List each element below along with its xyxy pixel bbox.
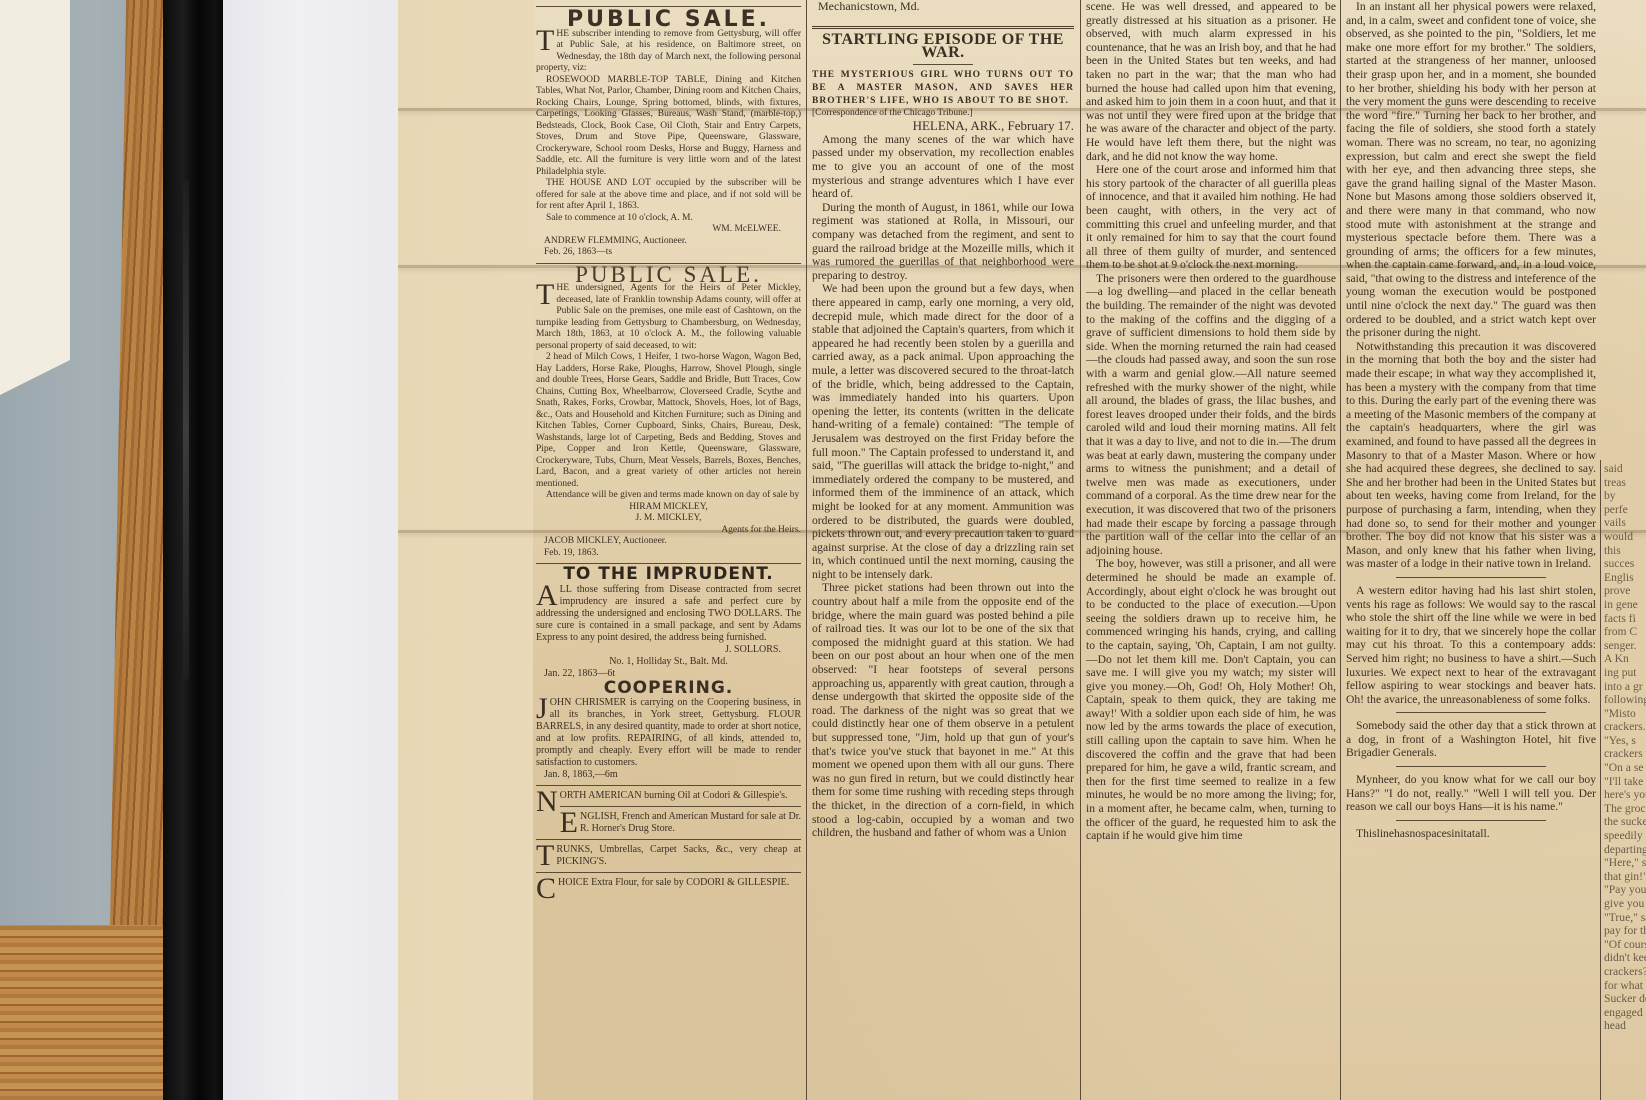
fragment-line: "Here," sa: [1604, 856, 1646, 870]
fragment-line: speedily dra: [1604, 829, 1646, 843]
ad-north-american-oil: NORTH AMERICAN burning Oil at Codori & G…: [536, 790, 801, 802]
fragment-line: succes: [1604, 557, 1646, 571]
fragment-line: by: [1604, 489, 1646, 503]
fragment-line: crackers? You: [1604, 965, 1646, 979]
article-paragraph: Among the many scenes of the war which h…: [812, 133, 1074, 201]
article-paragraph: We had been upon the ground but a few da…: [812, 282, 1074, 581]
sale1-house: THE HOUSE AND LOT occupied by the subscr…: [536, 178, 801, 213]
sale2-agent2: J. M. MICKLEY,: [536, 513, 801, 525]
sale2-body: THE undersigned, Agents for the Heirs of…: [536, 283, 801, 352]
black-frame-edge: [163, 0, 228, 1100]
ad-mustard: ENGLISH, French and American Mustard for…: [536, 811, 801, 835]
fragment-line: engaged in the: [1604, 1006, 1646, 1020]
ad-trunks: TRUNKS, Umbrellas, Carpet Sacks, &c., ve…: [536, 844, 801, 868]
article-paragraph: The prisoners were then ordered to the g…: [1086, 272, 1336, 557]
fragment-line: didn't keep the: [1604, 951, 1646, 965]
fragment-line: ing put: [1604, 666, 1646, 680]
fragment-line: senger.: [1604, 639, 1646, 653]
dateline-mechanicstown: Mechanicstown, Md.: [812, 0, 1074, 14]
framed-newspaper-photo: PUBLIC SALE. THE subscriber intending to…: [0, 0, 1646, 1100]
sale2-attendance: Attendance will be given and terms made …: [536, 490, 801, 502]
heading-coopering: COOPERING.: [536, 682, 801, 696]
fragment-line: pay for the crac: [1604, 924, 1646, 938]
article-paragraph: Here one of the court arose and informed…: [1086, 163, 1336, 272]
fragment-line: "I'll take fo: [1604, 775, 1646, 789]
column-article-conclusion: In an instant all her physical powers we…: [1346, 0, 1596, 840]
fragment-line: would: [1604, 530, 1646, 544]
heading-to-the-imprudent: TO THE IMPRUDENT.: [536, 568, 801, 582]
heading-public-sale-2: PUBLIC SALE.: [536, 268, 801, 282]
miscellany-item-no-spaces: Thislinehasnospacesinitatall.: [1346, 827, 1596, 841]
fragment-line: facts fi: [1604, 612, 1646, 626]
fragment-line: Sucker depar: [1604, 992, 1646, 1006]
fragment-line: this: [1604, 544, 1646, 558]
fragment-line: the sucker: [1604, 815, 1646, 829]
fragment-line: The groce: [1604, 802, 1646, 816]
article-paragraph: Notwithstanding this precaution it was d…: [1346, 340, 1596, 571]
sale1-items: ROSEWOOD MARBLE-TOP TABLE, Dining and Ki…: [536, 75, 801, 179]
sale1-body: THE subscriber intending to remove from …: [536, 29, 801, 75]
white-backing-sheet: [223, 0, 413, 1100]
article-paragraph: Three picket stations had been thrown ou…: [812, 581, 1074, 839]
sale2-auctioneer: JACOB MICKLEY, Auctioneer.: [536, 536, 801, 548]
sale1-signer: WM. McELWEE.: [536, 224, 801, 236]
coopering-body: JOHN CHRISMER is carrying on the Cooperi…: [536, 697, 801, 769]
fragment-line: crackers w: [1604, 747, 1646, 761]
miscellany-item-hans: Mynheer, do you know what for we call ou…: [1346, 773, 1596, 814]
fragment-line: Englis: [1604, 571, 1646, 585]
imprudent-signer: J. SOLLORS.: [536, 644, 801, 656]
fragment-line: into a gr: [1604, 680, 1646, 694]
article-paragraph: The boy, however, was still a prisoner, …: [1086, 557, 1336, 842]
fragment-line: treas: [1604, 476, 1646, 490]
column-article-continued: scene. He was well dressed, and appeared…: [1086, 0, 1336, 843]
fragment-line: vails: [1604, 516, 1646, 530]
fragment-line: A Kn: [1604, 652, 1646, 666]
article-paragraph: In an instant all her physical powers we…: [1346, 0, 1596, 340]
column-rule: [806, 0, 807, 1100]
fragment-line: crackers.": [1604, 720, 1646, 734]
imprudent-address: No. 1, Holliday St., Balt. Md.: [536, 656, 801, 668]
column-rule: [1340, 0, 1341, 1100]
fragment-line: following: [1604, 693, 1646, 707]
wood-frame-horizontal: [0, 925, 185, 1100]
adjacent-document-corner: [0, 0, 71, 400]
paper-margin: [398, 0, 533, 1100]
fragment-line: for what he didn: [1604, 979, 1646, 993]
fragment-line: in gene: [1604, 598, 1646, 612]
coopering-date: Jan. 8, 1863,—6m: [536, 769, 801, 781]
fragment-line: "Pay you,": [1604, 883, 1646, 897]
sale2-agent1: HIRAM MICKLEY,: [536, 502, 801, 514]
fragment-line: give you the c: [1604, 897, 1646, 911]
column-cutoff-fragments: saidtreasbyperfevailswouldthissuccesEngl…: [1604, 462, 1646, 1033]
fragment-line: "Of course: [1604, 938, 1646, 952]
fragment-list: saidtreasbyperfevailswouldthissuccesEngl…: [1604, 462, 1646, 1033]
column-rule: [1080, 0, 1081, 1100]
column-startling-episode: Mechanicstown, Md. STARTLING EPISODE OF …: [812, 0, 1074, 840]
article-headline: STARTLING EPISODE OF THE WAR.: [812, 33, 1074, 60]
sale1-commence: Sale to commence at 10 o'clock, A. M.: [536, 213, 801, 225]
fragment-line: that gin!": [1604, 870, 1646, 884]
fragment-line: head: [1604, 1019, 1646, 1033]
sale2-items: 2 head of Milch Cows, 1 Heifer, 1 two-ho…: [536, 352, 801, 490]
fragment-line: departing.: [1604, 843, 1646, 857]
miscellany-item-generals: Somebody said the other day that a stick…: [1346, 719, 1596, 760]
article-dateline: HELENA, ARK., February 17.: [812, 119, 1074, 133]
sale1-date: Feb. 26, 1863—ts: [536, 247, 801, 259]
fragment-line: from C: [1604, 625, 1646, 639]
article-subheading: THE MYSTERIOUS GIRL WHO TURNS OUT TO BE …: [812, 69, 1074, 108]
column-rule: [1600, 460, 1601, 1100]
fragment-line: perfe: [1604, 503, 1646, 517]
fragment-line: "On a se: [1604, 761, 1646, 775]
sale2-agents-label: Agents for the Heirs.: [536, 525, 801, 537]
heading-public-sale-1: PUBLIC SALE.: [536, 13, 801, 27]
fragment-line: "Yes, s: [1604, 734, 1646, 748]
newspaper-page: PUBLIC SALE. THE subscriber intending to…: [398, 0, 1646, 1100]
fragment-line: "Misto: [1604, 707, 1646, 721]
fragment-line: said: [1604, 462, 1646, 476]
miscellany-item-shirt: A western editor having had his last shi…: [1346, 584, 1596, 706]
ad-flour: CHOICE Extra Flour, for sale by CODORI &…: [536, 877, 801, 889]
fragment-line: "True," say: [1604, 911, 1646, 925]
article-paragraph: scene. He was well dressed, and appeared…: [1086, 0, 1336, 163]
sale1-auctioneer: ANDREW FLEMMING, Auctioneer.: [536, 236, 801, 248]
imprudent-body: ALL those suffering from Disease contrac…: [536, 584, 801, 644]
fragment-line: here's your: [1604, 788, 1646, 802]
fragment-line: prove: [1604, 584, 1646, 598]
article-paragraph: During the month of August, in 1861, whi…: [812, 201, 1074, 283]
sale2-date: Feb. 19, 1863.: [536, 548, 801, 560]
column-ads: PUBLIC SALE. THE subscriber intending to…: [536, 0, 801, 901]
